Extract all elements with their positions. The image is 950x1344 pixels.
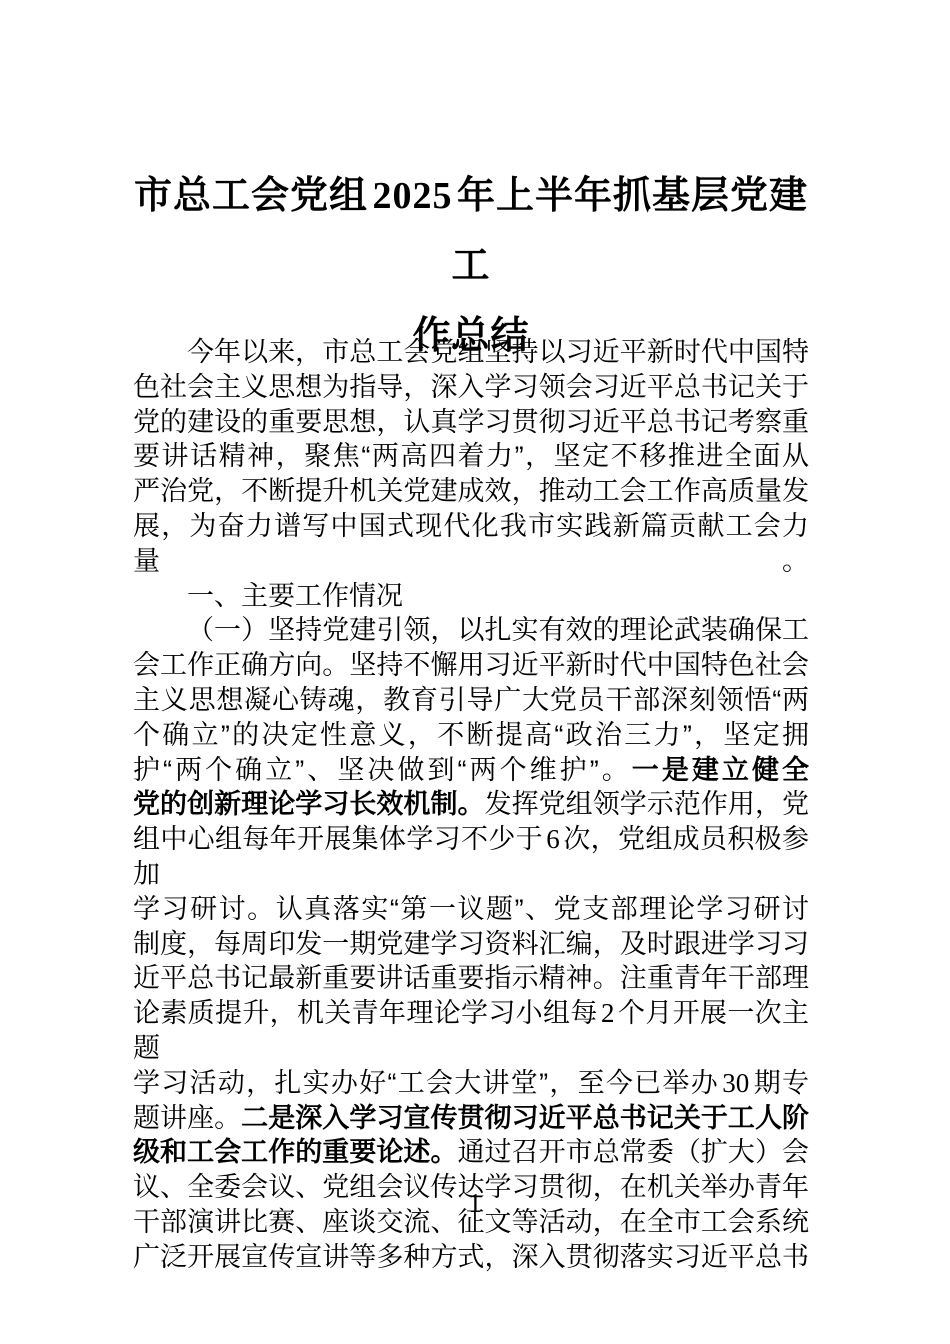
document-body: 今年以来，市总工会党组坚持以习近平新时代中国特色社会主义思想为指导，深入学习领会… [133, 335, 809, 1275]
text-run: 展，为奋力谱写中国式现代化我市实践新篇贡献工会力量。 [133, 511, 809, 576]
text-line: 主义思想凝心铸魂，教育引导广大党员干部深刻领悟“两 [133, 683, 809, 718]
text-line: 严治党，不断提升机关党建成效，推动工会工作高质量发 [133, 474, 809, 509]
paragraph: 今年以来，市总工会党组坚持以习近平新时代中国特色社会主义思想为指导，深入学习领会… [133, 335, 809, 579]
text-run: 个确立”的决定性意义，不断提高“政治三力”，坚定拥 [133, 720, 809, 750]
text-run: 制度，每周印发一期党建学习资料汇编，及时跟进学习习 [133, 929, 809, 959]
text-line: （一）坚持党建引领，以扎实有效的理论武装确保工 [133, 613, 809, 648]
text-run: 严治党，不断提升机关党建成效，推动工会工作高质量发 [133, 476, 809, 506]
bold-text-run: 党的创新理论学习长效机制。 [133, 789, 485, 819]
text-run: （一）坚持党建引领，以扎实有效的理论武装确保工 [187, 615, 809, 645]
text-line: 题讲座。二是深入学习宣传贯彻习近平总书记关于工人阶 [133, 1101, 809, 1136]
text-run: 题讲座。 [133, 1103, 241, 1133]
latin-numeral: 2025 [373, 175, 453, 217]
text-line: 制度，每周印发一期党建学习资料汇编，及时跟进学习习 [133, 927, 809, 962]
text-run: 学习活动，扎实办好“工会大讲堂”，至今已举办30期专 [133, 1068, 809, 1098]
text-run: 色社会主义思想为指导，深入学习领会习近平总书记关于 [133, 372, 809, 402]
text-line: 学习研讨。认真落实“第一议题”、党支部理论学习研讨 [133, 892, 809, 927]
text-run: 论素质提升，机关青年理论学习小组每2个月开展一次主题 [133, 998, 809, 1063]
latin-numeral: 6 [546, 824, 560, 854]
text-run: 一、主要工作情况 [187, 581, 403, 611]
text-line: 广泛开展宣传宣讲等多种方式，深入贯彻落实习近平总书 [133, 1240, 809, 1275]
text-line: 学习活动，扎实办好“工会大讲堂”，至今已举办30期专 [133, 1066, 809, 1101]
page-number: 1 [0, 1186, 950, 1220]
text-line: 党的建设的重要思想，认真学习贯彻习近平总书记考察重 [133, 405, 809, 440]
text-run: 学习研讨。认真落实“第一议题”、党支部理论学习研讨 [133, 894, 809, 924]
text-run: 护“两个确立”、坚决做到“两个维护”。 [133, 755, 632, 785]
text-run: 主义思想凝心铸魂，教育引导广大党员干部深刻领悟“两 [133, 685, 809, 715]
bold-text-run: 一是建立健全 [632, 755, 809, 785]
latin-numeral: 30 [722, 1068, 749, 1098]
text-line: 个确立”的决定性意义，不断提高“政治三力”，坚定拥 [133, 718, 809, 753]
text-line: 今年以来，市总工会党组坚持以习近平新时代中国特 [133, 335, 809, 370]
text-run: 近平总书记最新重要讲话重要指示精神。注重青年干部理 [133, 963, 809, 993]
section-heading: 一、主要工作情况 [133, 579, 809, 614]
text-run: 发挥党组领学示范作用，党 [485, 789, 809, 819]
text-run: 通过召开市总常委（扩大）会 [458, 1137, 810, 1167]
text-line: 要讲话精神，聚焦“两高四着力”，坚定不移推进全面从 [133, 439, 809, 474]
document-page: 市总工会党组2025年上半年抓基层党建工 作总结 今年以来，市总工会党组坚持以习… [0, 0, 950, 1344]
text-line: 党的创新理论学习长效机制。发挥党组领学示范作用，党 [133, 787, 809, 822]
paragraph: （一）坚持党建引领，以扎实有效的理论武装确保工会工作正确方向。坚持不懈用习近平新… [133, 613, 809, 1274]
bold-text-run: 级和工会工作的重要论述。 [133, 1137, 458, 1167]
text-run: 广泛开展宣传宣讲等多种方式，深入贯彻落实习近平总书 [133, 1242, 809, 1272]
text-line: 近平总书记最新重要讲话重要指示精神。注重青年干部理 [133, 961, 809, 996]
text-line: 展，为奋力谱写中国式现代化我市实践新篇贡献工会力量。 [133, 509, 809, 579]
text-line: 级和工会工作的重要论述。通过召开市总常委（扩大）会 [133, 1135, 809, 1170]
bold-text-run: 二是深入学习宣传贯彻习近平总书记关于工人阶 [241, 1103, 809, 1133]
text-line: 论素质提升，机关青年理论学习小组每2个月开展一次主题 [133, 996, 809, 1066]
document-title-line-1: 市总工会党组2025年上半年抓基层党建工 [133, 161, 809, 301]
text-line: 色社会主义思想为指导，深入学习领会习近平总书记关于 [133, 370, 809, 405]
text-run: 今年以来，市总工会党组坚持以习近平新时代中国特 [187, 337, 809, 367]
text-run: 党的建设的重要思想，认真学习贯彻习近平总书记考察重 [133, 407, 809, 437]
latin-numeral: 2 [601, 998, 615, 1028]
text-line: 一、主要工作情况 [133, 579, 809, 614]
text-run: 组中心组每年开展集体学习不少于6次，党组成员积极参加 [133, 824, 809, 889]
text-run: 要讲话精神，聚焦“两高四着力”，坚定不移推进全面从 [133, 441, 809, 471]
text-line: 会工作正确方向。坚持不懈用习近平新时代中国特色社会 [133, 648, 809, 683]
text-line: 组中心组每年开展集体学习不少于6次，党组成员积极参加 [133, 822, 809, 892]
text-run: 会工作正确方向。坚持不懈用习近平新时代中国特色社会 [133, 650, 809, 680]
text-line: 护“两个确立”、坚决做到“两个维护”。一是建立健全 [133, 753, 809, 788]
